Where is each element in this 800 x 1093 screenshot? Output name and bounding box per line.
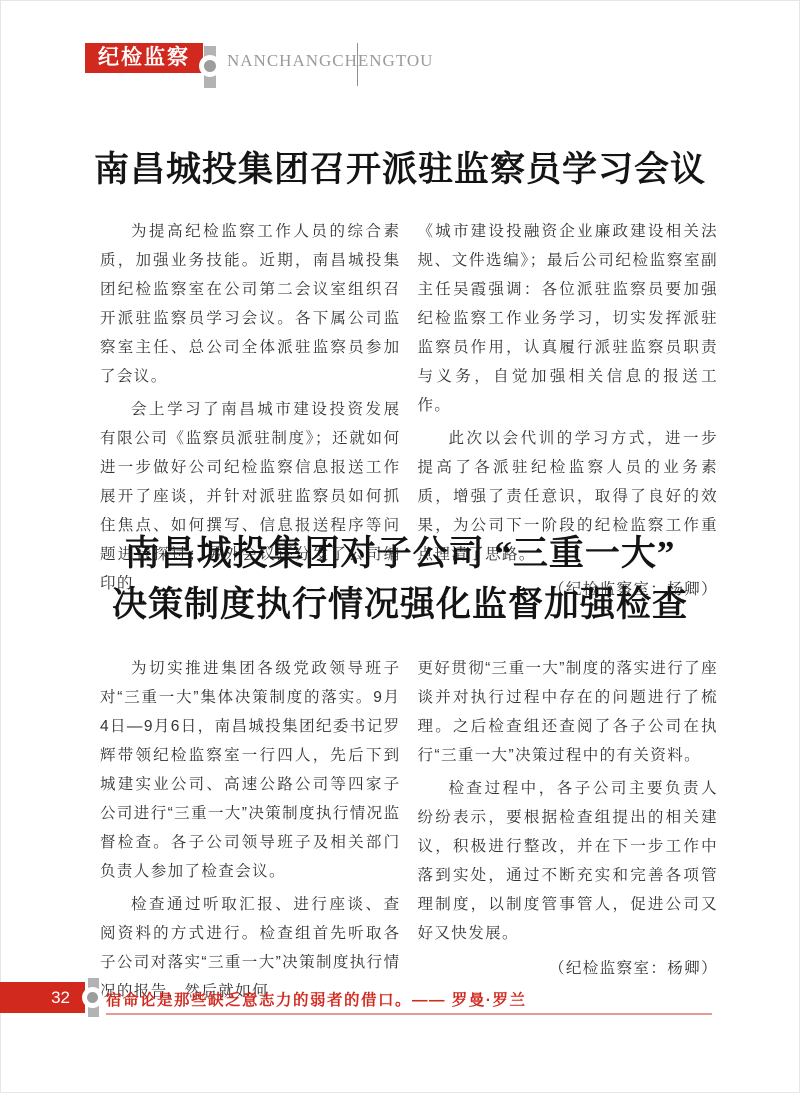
article2-title-line2: 决策制度执行情况强化监督加强检查 bbox=[112, 585, 688, 624]
footer-circle-marker-icon bbox=[82, 987, 103, 1008]
article2-byline: （纪检监察室：杨卿） bbox=[418, 954, 719, 983]
article2-body: 为切实推进集团各级党政领导班子对“三重一大”集体决策制度的落实。9月4日—9月6… bbox=[100, 654, 718, 1006]
brand-text: NANCHANGCHENGTOU bbox=[227, 51, 433, 71]
footer-page-number-badge: 32 bbox=[0, 982, 85, 1013]
footer-quote: 宿命论是那些缺乏意志力的弱者的借口。—— 罗曼·罗兰 bbox=[106, 988, 526, 1010]
article2-paragraph: 为切实推进集团各级党政领导班子对“三重一大”集体决策制度的落实。9月4日—9月6… bbox=[100, 654, 401, 886]
article2-title-line1: 南昌城投集团对子公司 “三重一大” bbox=[125, 534, 676, 573]
article2-paragraph: 检查过程中，各子公司主要负责人纷纷表示，要根据检查组提出的相关建议，积极进行整改… bbox=[418, 774, 719, 948]
header-vertical-rule bbox=[357, 43, 358, 86]
magazine-page: 纪检监察 NANCHANGCHENGTOU 南昌城投集团召开派驻监察员学习会议 … bbox=[0, 0, 800, 1093]
article2-column-left: 为切实推进集团各级党政领导班子对“三重一大”集体决策制度的落实。9月4日—9月6… bbox=[100, 654, 401, 1006]
footer-rule bbox=[106, 1013, 712, 1015]
article1-paragraph: 为提高纪检监察工作人员的综合素质，加强业务技能。近期，南昌城投集团纪检监察室在公… bbox=[100, 217, 401, 391]
article1-title: 南昌城投集团召开派驻监察员学习会议 bbox=[0, 142, 800, 192]
article2-title: 南昌城投集团对子公司 “三重一大” 决策制度执行情况强化监督加强检查 bbox=[0, 528, 800, 630]
article2-paragraph: 更好贯彻“三重一大”制度的落实进行了座谈并对执行过程中存在的问题进行了梳理。之后… bbox=[418, 654, 719, 770]
article1-paragraph: 《城市建设投融资企业廉政建设相关法规、文件选编》；最后公司纪检监察室副主任吴霞强… bbox=[418, 217, 719, 420]
article2-column-right: 更好贯彻“三重一大”制度的落实进行了座谈并对执行过程中存在的问题进行了梳理。之后… bbox=[418, 654, 719, 1006]
footer-circle-dot-icon bbox=[87, 992, 98, 1003]
section-badge: 纪检监察 bbox=[85, 43, 203, 73]
header-circle-dot-icon bbox=[204, 60, 216, 72]
header-circle-marker-icon bbox=[199, 55, 221, 77]
